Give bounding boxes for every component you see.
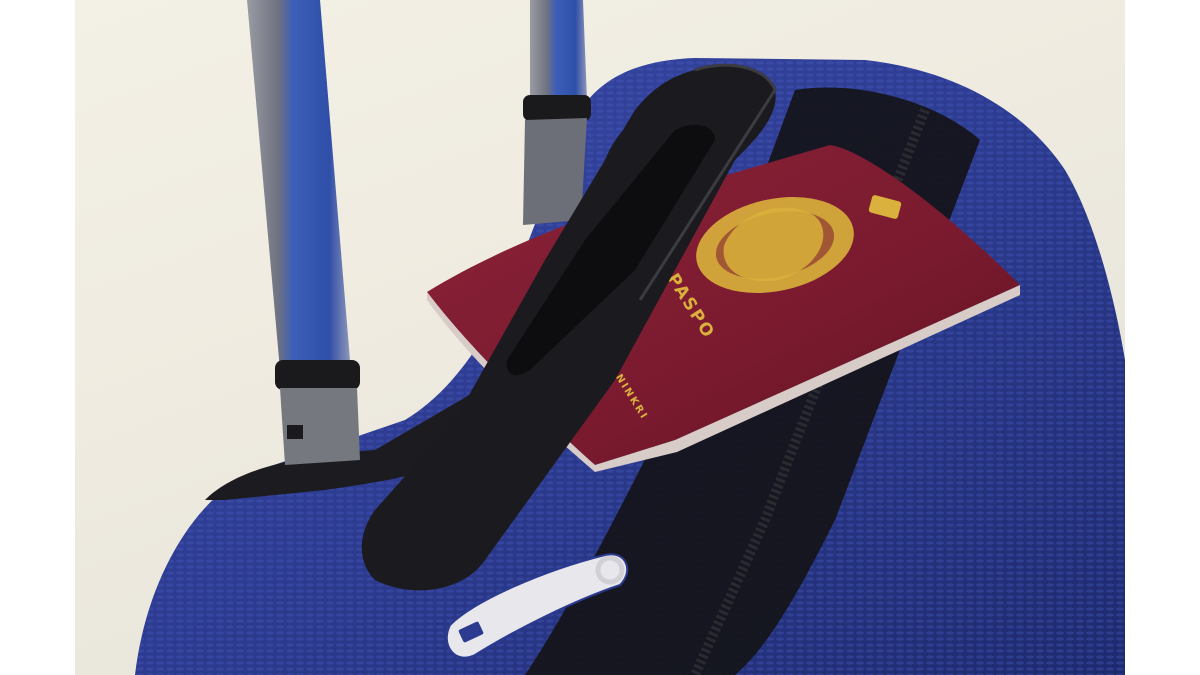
left-pole [247,0,350,370]
right-pole [530,0,587,105]
right-pole-collar [523,95,591,121]
photo: PASPO KONINKRI [75,0,1125,675]
left-pole-collar [275,360,360,390]
left-pole-slot [287,425,303,439]
suitcase-scene: PASPO KONINKRI [75,0,1125,675]
